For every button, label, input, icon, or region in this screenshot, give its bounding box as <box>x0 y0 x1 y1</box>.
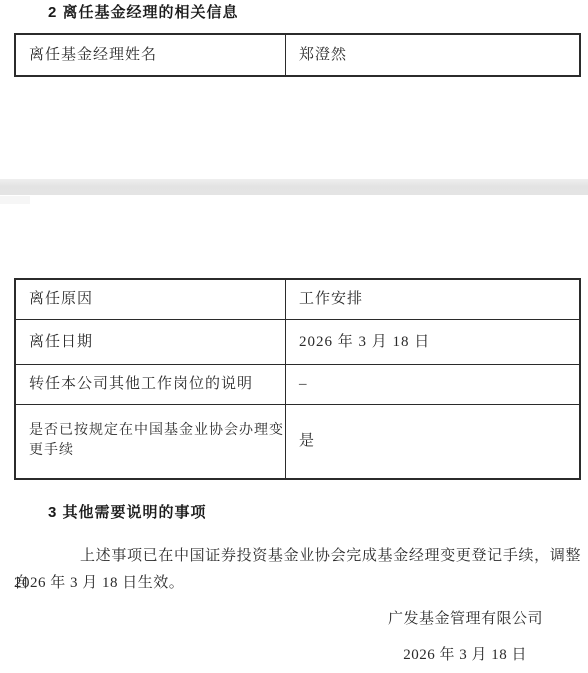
departure-details-table: 离任原因 工作安排 离任日期 2026 年 3 月 18 日 转任本公司其他工作… <box>14 278 581 480</box>
row-value: – <box>286 364 581 404</box>
row-label: 离任原因 <box>15 279 286 319</box>
table-row: 离任日期 2026 年 3 月 18 日 <box>15 319 580 364</box>
section-3-heading: 3 其他需要说明的事项 <box>48 503 207 523</box>
manager-name-table: 离任基金经理姓名 郑澄然 <box>14 33 581 77</box>
row-value: 郑澄然 <box>286 34 581 76</box>
table-row: 离任基金经理姓名 郑澄然 <box>15 34 580 76</box>
table-row: 是否已按规定在中国基金业协会办理变更手续 是 <box>15 404 580 479</box>
row-label: 转任本公司其他工作岗位的说明 <box>15 364 286 404</box>
table-row: 转任本公司其他工作岗位的说明 – <box>15 364 580 404</box>
announcement-page: 2 离任基金经理的相关信息 离任基金经理姓名 郑澄然 离任原因 工作安排 离任日… <box>0 0 588 673</box>
row-label: 离任日期 <box>15 319 286 364</box>
signature-date: 2026 年 3 月 18 日 <box>403 645 527 665</box>
row-label: 离任基金经理姓名 <box>15 34 286 76</box>
screenshot-seam-artifact <box>0 196 30 204</box>
row-value: 2026 年 3 月 18 日 <box>286 319 581 364</box>
signature-company: 广发基金管理有限公司 <box>388 609 543 629</box>
closing-paragraph-line-2: 2026 年 3 月 18 日生效。 <box>14 570 581 597</box>
section-2-heading: 2 离任基金经理的相关信息 <box>48 3 239 23</box>
row-value: 工作安排 <box>286 279 581 319</box>
table-row: 离任原因 工作安排 <box>15 279 580 319</box>
row-value: 是 <box>286 404 581 479</box>
row-label: 是否已按规定在中国基金业协会办理变更手续 <box>15 404 286 479</box>
screenshot-seam-band <box>0 179 588 195</box>
